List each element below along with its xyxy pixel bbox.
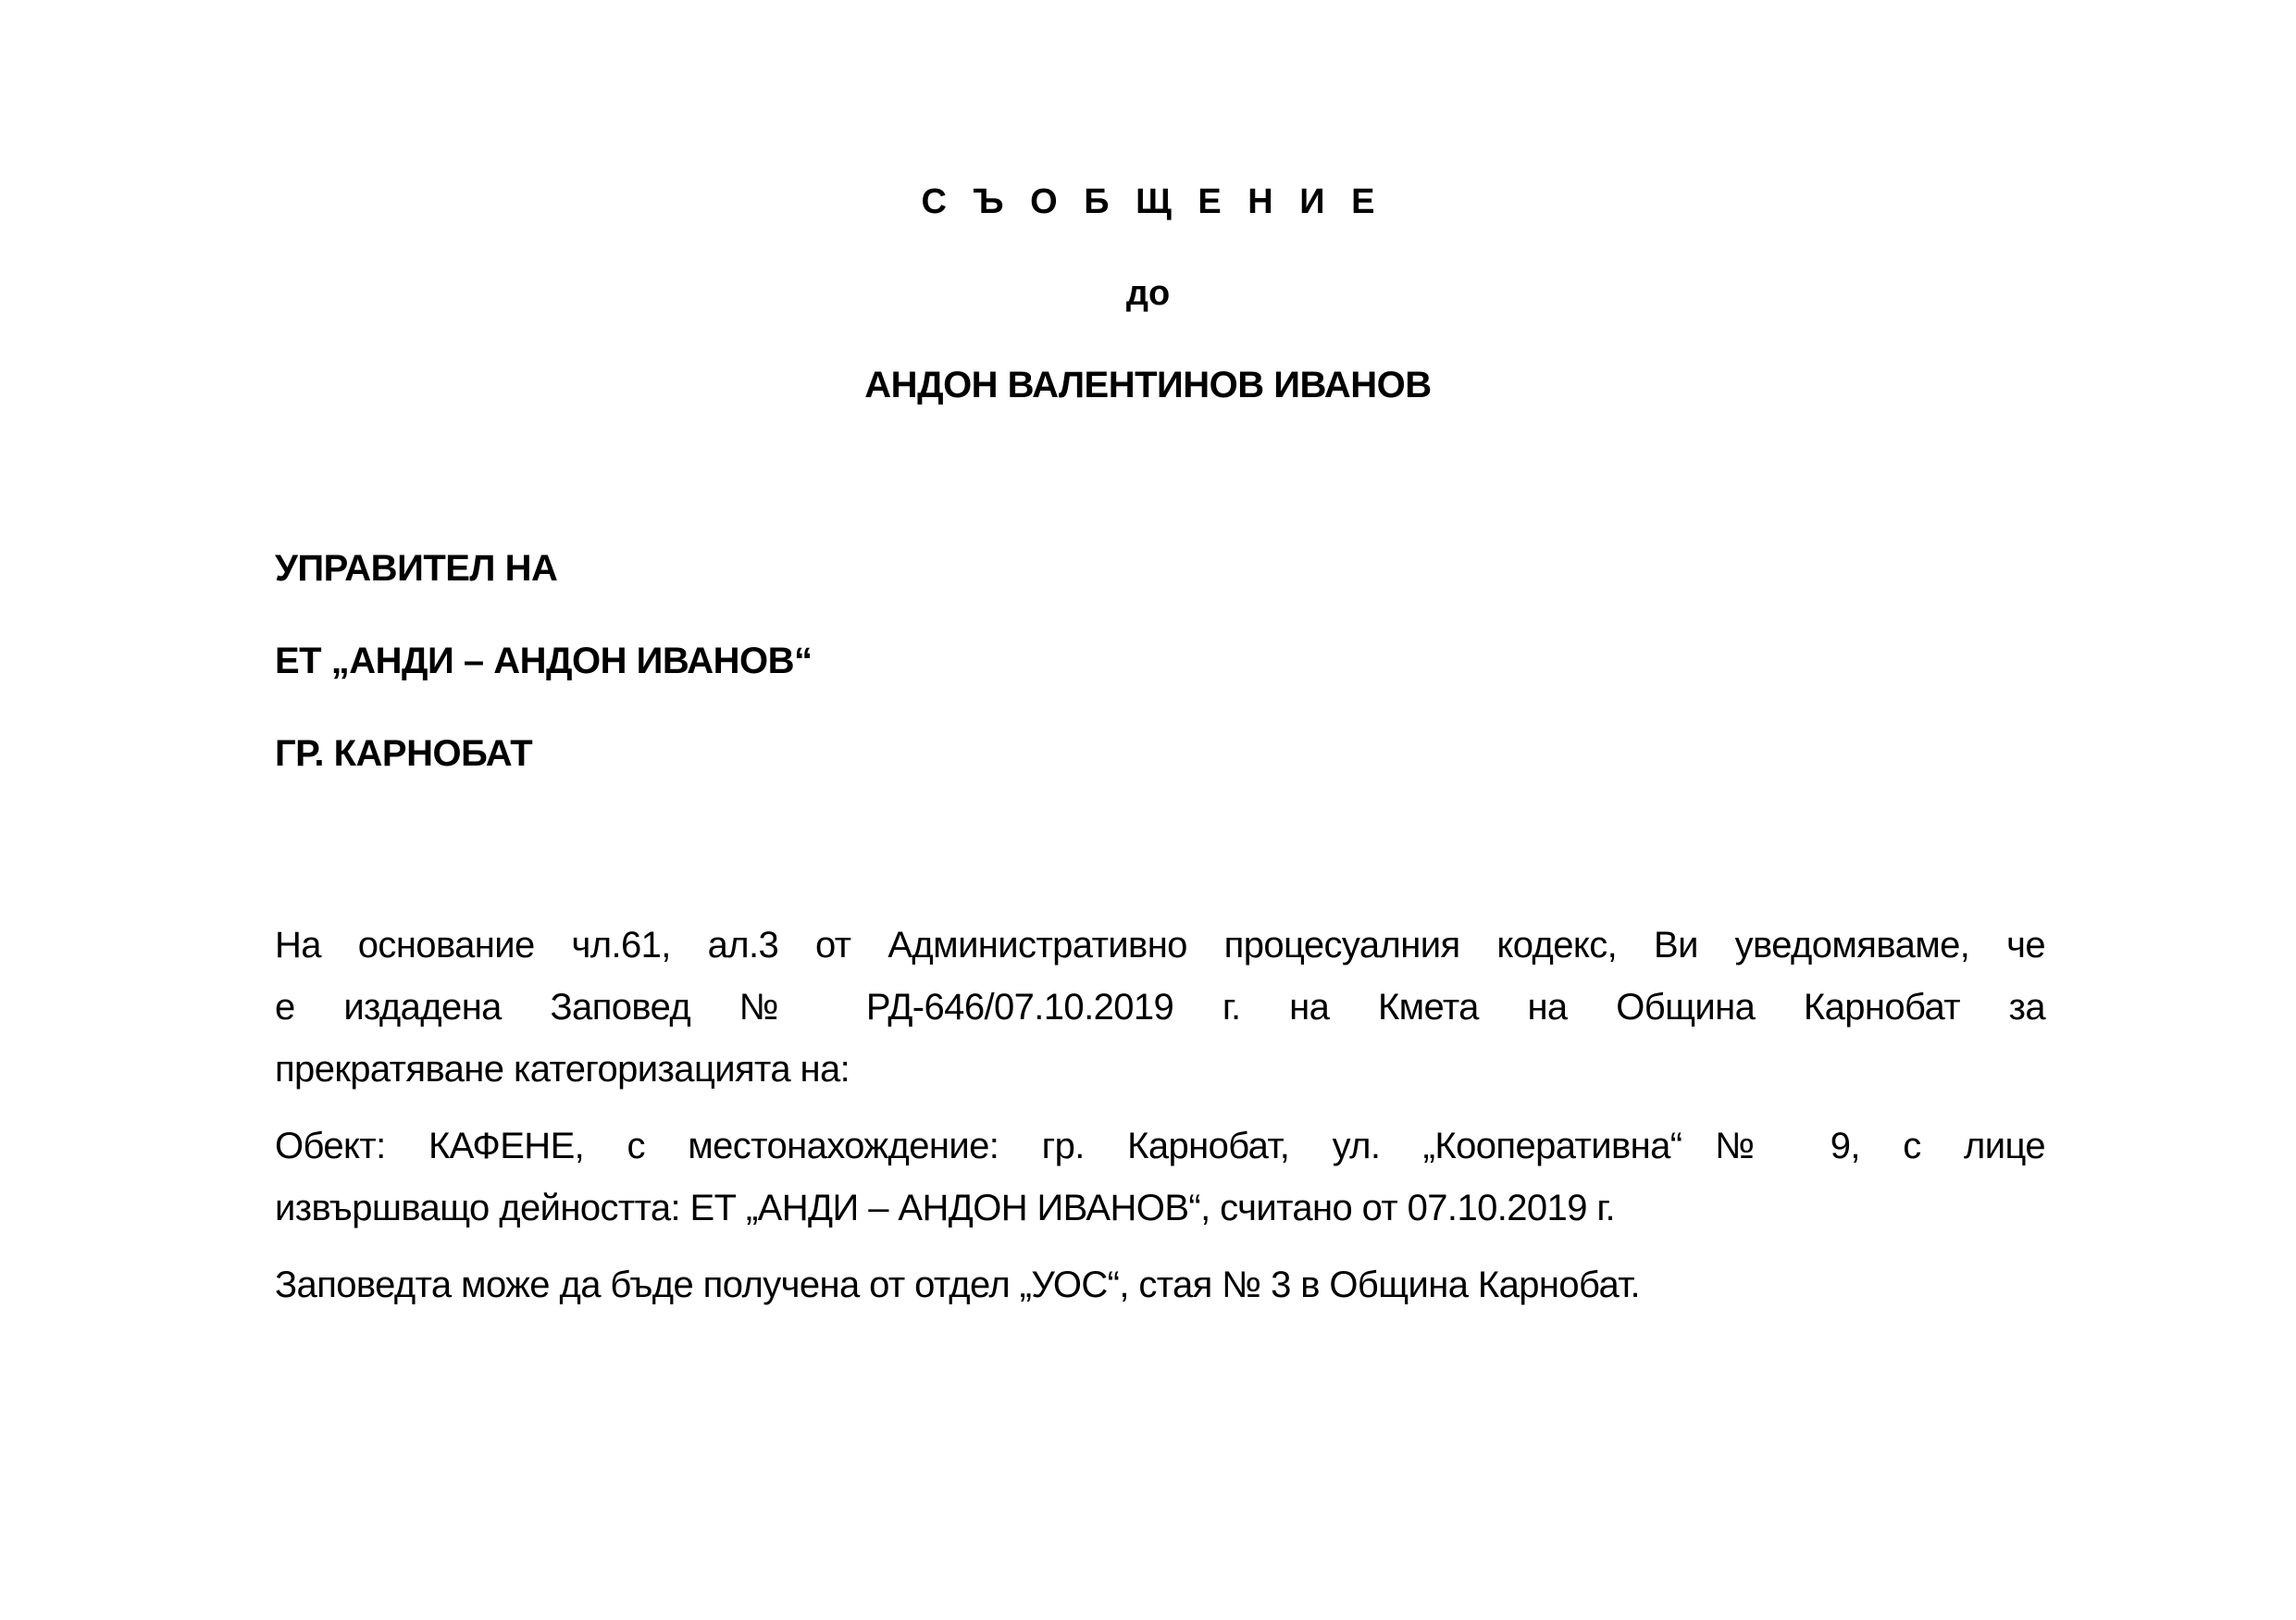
recipient-role: УПРАВИТЕЛ НА [275, 546, 813, 639]
paragraph-line: извършващо дейността: ЕТ „АНДИ – АНДОН И… [275, 1178, 2045, 1240]
paragraph-line: На основание чл.61, ал.3 от Администрати… [275, 915, 2045, 977]
paragraph-line: прекратяване категоризацията на: [275, 1039, 2045, 1101]
message-body: На основание чл.61, ал.3 от Администрати… [275, 915, 2045, 1331]
document-page: С Ъ О Б Щ Е Н И Е до АНДОН ВАЛЕНТИНОВ ИВ… [0, 0, 2296, 1620]
to-label: до [0, 271, 2296, 316]
document-title: С Ъ О Б Щ Е Н И Е [0, 180, 2296, 224]
paragraph-line: Заповедта може да бъде получена от отдел… [275, 1254, 2045, 1316]
recipient-city: ГР. КАРНОБАТ [275, 731, 813, 824]
addressee-name: АНДОН ВАЛЕНТИНОВ ИВАНОВ [0, 363, 2296, 407]
paragraph-object: Обект: КАФЕНЕ, с местонахождение: гр. Ка… [275, 1115, 2045, 1240]
paragraph-line: Обект: КАФЕНЕ, с местонахождение: гр. Ка… [275, 1115, 2045, 1178]
paragraph-pickup: Заповедта може да бъде получена от отдел… [275, 1254, 2045, 1316]
recipient-company: ЕТ „АНДИ – АНДОН ИВАНОВ“ [275, 639, 813, 731]
recipient-block: УПРАВИТЕЛ НА ЕТ „АНДИ – АНДОН ИВАНОВ“ ГР… [275, 546, 813, 824]
paragraph-notice: На основание чл.61, ал.3 от Администрати… [275, 915, 2045, 1101]
paragraph-line: е издадена Заповед № РД-646/07.10.2019 г… [275, 977, 2045, 1039]
